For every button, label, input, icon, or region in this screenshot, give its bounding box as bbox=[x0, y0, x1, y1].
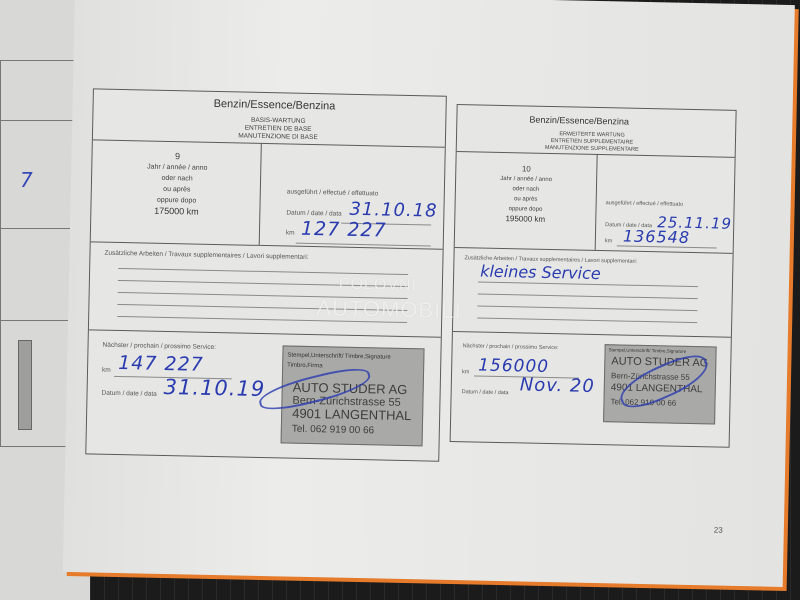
divider bbox=[0, 120, 78, 121]
interval-km: 195000 km bbox=[465, 213, 585, 226]
divider bbox=[455, 247, 733, 254]
stamp-label: Stempel,Unterschrift/ Timbre,Signature bbox=[609, 347, 687, 355]
interval-km: 175000 km bbox=[111, 205, 241, 219]
service-interval: 9 Jahr / année / anno oder nach ou après… bbox=[111, 150, 242, 219]
next-km-value[interactable]: 147 227 bbox=[118, 352, 204, 376]
date-label: Datum / date / data bbox=[286, 209, 341, 217]
stamp-city: 4901 LANGENTHAL bbox=[292, 407, 411, 422]
km-value[interactable]: 127 227 bbox=[301, 218, 387, 242]
service-type-title: ERWEITERTE WARTUNG ENTRETIEN SUPPLEMENTA… bbox=[537, 131, 647, 154]
additional-work-value[interactable]: kleines Service bbox=[480, 262, 601, 284]
service-form-extended: Benzin/Essence/Benzina ERWEITERTE WARTUN… bbox=[450, 104, 737, 448]
performed-label: ausgeführt / effectué / effettuato bbox=[287, 188, 379, 197]
divider bbox=[89, 329, 441, 337]
write-line bbox=[477, 305, 697, 311]
left-page-handwriting: 7 bbox=[20, 168, 33, 192]
fuel-header: Benzin/Essence/Benzina bbox=[529, 115, 629, 127]
km-label: km bbox=[286, 229, 295, 236]
fuel-header: Benzin/Essence/Benzina bbox=[214, 98, 336, 113]
additional-work-label: Zusätzliche Arbeiten / Travaux supplemen… bbox=[104, 250, 308, 261]
service-form-basic: Benzin/Essence/Benzina BASIS-WARTUNG ENT… bbox=[85, 88, 447, 461]
stamp-label: Timbro,Firma bbox=[287, 361, 323, 372]
write-line bbox=[118, 268, 408, 275]
next-service-label: Nächster / prochain / prossimo Service: bbox=[102, 342, 216, 351]
km-line bbox=[617, 245, 717, 248]
service-type-it: MANUTENZIONE DI BASE bbox=[223, 132, 333, 142]
left-page-stamp bbox=[18, 340, 32, 430]
next-date-label: Datum / date / data bbox=[101, 390, 156, 398]
km-value[interactable]: 136548 bbox=[623, 227, 690, 247]
service-interval: 10 Jahr / année / anno oder nach ou aprè… bbox=[465, 163, 586, 225]
watermark: POLOVNI bbox=[339, 276, 418, 296]
next-km-value[interactable]: 156000 bbox=[478, 356, 549, 377]
write-line bbox=[478, 294, 698, 300]
km-label: km bbox=[605, 238, 612, 244]
write-line bbox=[477, 317, 697, 323]
next-date-label: Datum / date / data bbox=[462, 389, 509, 396]
performed-label: ausgeführt / effectué / effettuato bbox=[606, 200, 684, 208]
next-date-value[interactable]: 31.10.19 bbox=[163, 375, 265, 401]
divider bbox=[259, 143, 262, 245]
divider bbox=[0, 320, 78, 321]
divider bbox=[595, 154, 598, 250]
next-date-value[interactable]: Nov. 20 bbox=[520, 374, 595, 397]
divider bbox=[0, 228, 78, 229]
next-km-label: km bbox=[102, 367, 111, 374]
divider bbox=[453, 331, 731, 338]
next-service-label: Nächster / prochain / prossimo Service: bbox=[463, 343, 559, 351]
service-type-title: BASIS-WARTUNG ENTRETIEN DE BASE MANUTENZ… bbox=[223, 116, 333, 142]
page-number: 23 bbox=[714, 525, 723, 534]
next-km-label: km bbox=[462, 369, 469, 375]
service-booklet-page: Benzin/Essence/Benzina BASIS-WARTUNG ENT… bbox=[63, 0, 795, 587]
watermark: AUTOMOBILI bbox=[316, 295, 462, 324]
stamp-phone: Tel. 062 919 00 66 bbox=[292, 423, 375, 438]
